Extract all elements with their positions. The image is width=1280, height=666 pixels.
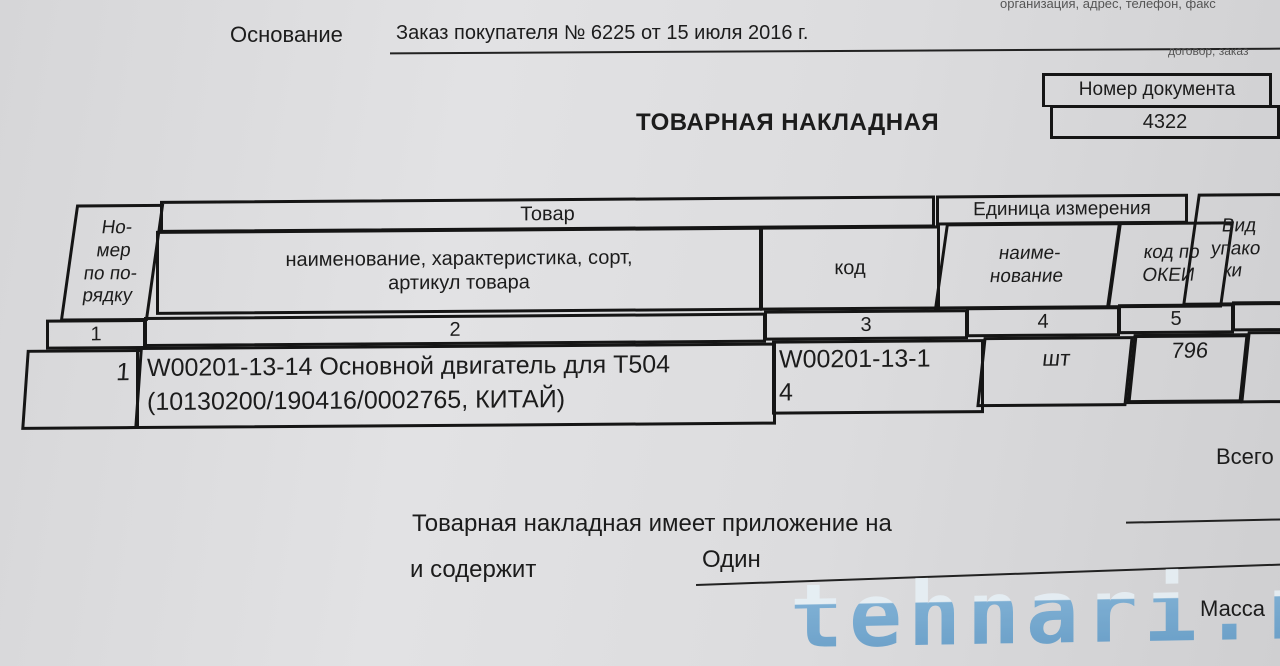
- row-pack: [1240, 331, 1280, 403]
- col-header-number: Но- мер по по- рядку: [60, 204, 164, 322]
- row-okei: 796: [1126, 333, 1249, 404]
- row-name: W00201-13-14 Основной двигатель для T504…: [136, 343, 776, 429]
- col-index-4: 4: [966, 306, 1120, 337]
- col-index-2: 2: [144, 313, 766, 347]
- row-unit: шт: [976, 336, 1133, 407]
- col-index-3: 3: [764, 309, 968, 340]
- col-header-unit-name: наиме- нование: [934, 222, 1122, 309]
- attachment-label: Товарная накладная имеет приложение на: [412, 510, 892, 538]
- row-number: 1: [21, 349, 143, 430]
- total-label: Всего: [1216, 444, 1274, 470]
- col-header-pack: Вид упако ки: [1182, 193, 1280, 306]
- col-header-code: код: [760, 225, 940, 310]
- col-index-6: 6: [1232, 301, 1280, 332]
- col-header-name: наименование, характеристика, сорт, арти…: [156, 227, 762, 315]
- col-group-unit: Единица измерения: [936, 194, 1188, 226]
- contains-label: и содержит: [410, 556, 536, 584]
- contains-value: Один: [702, 546, 761, 574]
- col-index-5: 5: [1118, 303, 1234, 334]
- col-index-1: 1: [46, 319, 146, 350]
- watermark: tehnari.ru: [790, 555, 1280, 666]
- row-code: W00201-13-1 4: [772, 339, 984, 414]
